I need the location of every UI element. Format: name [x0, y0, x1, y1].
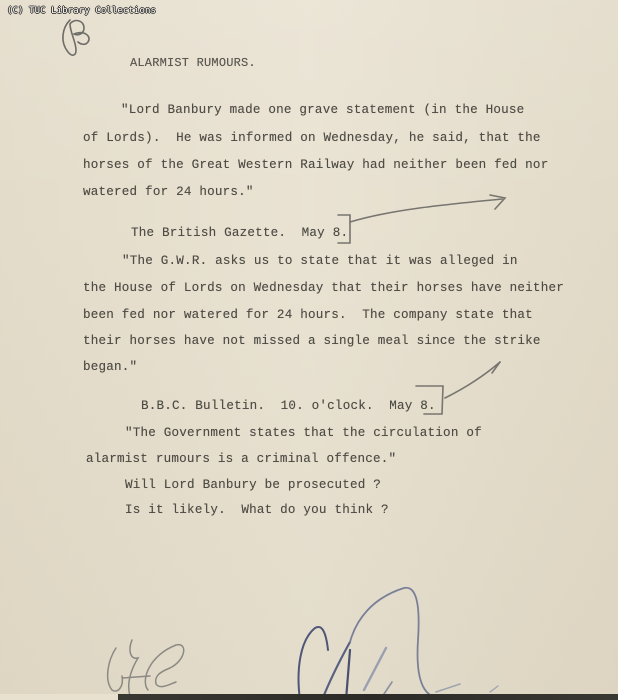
question-prosecuted: Will Lord Banbury be prosecuted ? — [125, 478, 381, 492]
quote-government-line-1: "The Government states that the circulat… — [125, 426, 482, 440]
quote-gwr-line-5: began." — [83, 360, 137, 374]
initials-pencil-icon — [108, 640, 184, 696]
copyright-watermark: (C) TUC Library Collections — [7, 6, 156, 16]
initial-b-icon — [63, 20, 89, 55]
quote-gwr-line-3: been fed nor watered for 24 hours. The c… — [83, 308, 533, 322]
page-bottom-edge-gap — [0, 694, 118, 700]
quote-gwr-line-2: the House of Lords on Wednesday that the… — [83, 281, 564, 295]
signature-blue-pencil-icon — [299, 588, 498, 700]
bracket-arrow-gazette-icon — [338, 195, 505, 243]
quote-government-line-2: alarmist rumours is a criminal offence." — [86, 452, 396, 466]
quote-banbury-line-3: horses of the Great Western Railway had … — [83, 158, 548, 172]
source-british-gazette: The British Gazette. May 8. — [131, 226, 348, 240]
quote-banbury-line-1: "Lord Banbury made one grave statement (… — [121, 103, 524, 117]
document-page: (C) TUC Library Collections ALARMIST RUM… — [0, 0, 618, 700]
quote-banbury-line-4: watered for 24 hours." — [83, 185, 254, 199]
quote-gwr-line-1: "The G.W.R. asks us to state that it was… — [122, 254, 518, 268]
quote-banbury-line-2: of Lords). He was informed on Wednesday,… — [83, 131, 541, 145]
document-title: ALARMIST RUMOURS. — [130, 56, 256, 70]
source-bbc-bulletin: B.B.C. Bulletin. 10. o'clock. May 8. — [141, 399, 436, 413]
quote-gwr-line-4: their horses have not missed a single me… — [83, 334, 541, 348]
question-likely: Is it likely. What do you think ? — [125, 503, 389, 517]
